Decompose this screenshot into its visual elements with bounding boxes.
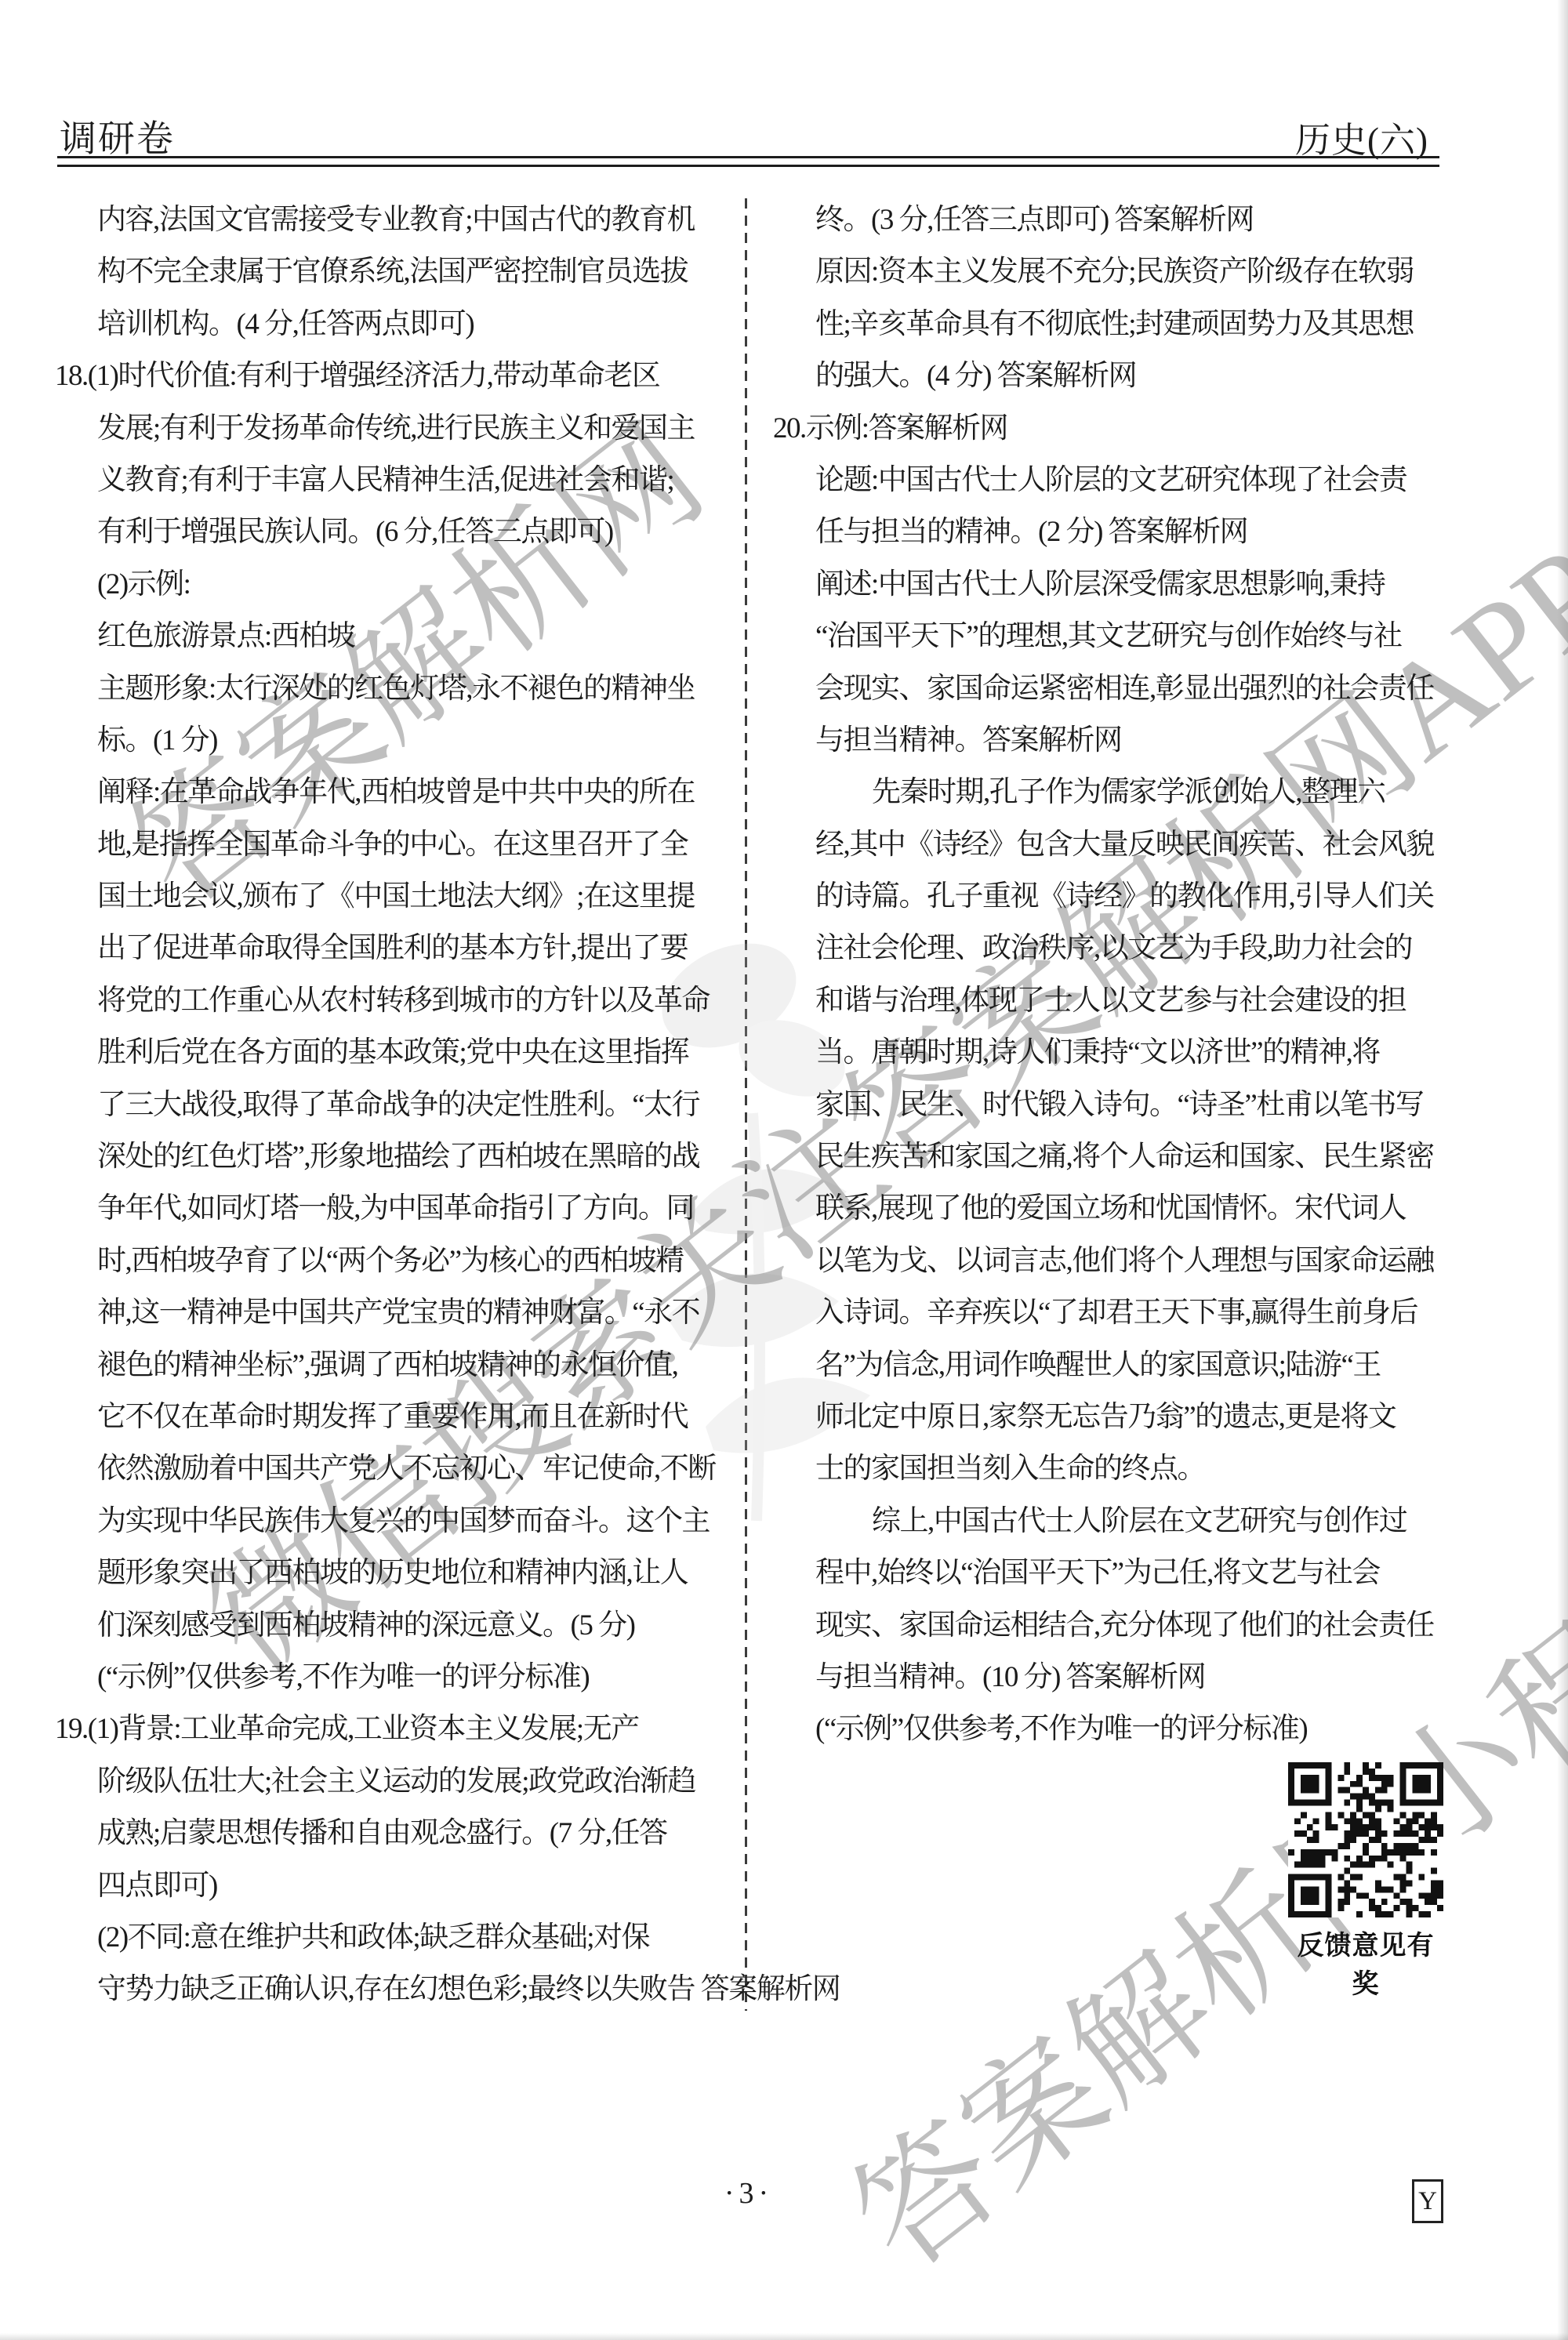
answer-line: 们深刻感受到西柏坡精神的深远意义。(5 分) xyxy=(55,1600,840,1652)
answer-line: 为实现中华民族伟大复兴的中国梦而奋斗。这个主 xyxy=(55,1496,840,1547)
answer-line: 入诗词。辛弃疾以“了却君王天下事,赢得生前身后 xyxy=(773,1287,1434,1339)
answer-line: 任与担当的精神。(2 分) 答案解析网 xyxy=(773,506,1434,558)
header-title-right: 历史(六) xyxy=(1295,111,1428,162)
answer-line: 以笔为戈、以词言志,他们将个人理想与国家命运融 xyxy=(773,1235,1434,1287)
answer-line: 性;辛亥革命具有不彻底性;封建顽固势力及其思想 xyxy=(773,299,1434,350)
answer-line: 论题:中国古代士人阶层的文艺研究体现了社会责 xyxy=(773,455,1434,506)
qr-code xyxy=(1288,1762,1443,1917)
answer-line: 红色旅游景点:西柏坡 xyxy=(55,611,840,662)
answer-line: 标。(1 分) xyxy=(55,715,840,767)
answer-line: 会现实、家国命运紧密相连,彰显出强烈的社会责任 xyxy=(773,663,1434,715)
page-number: ·3· xyxy=(690,2176,808,2211)
answer-line: 守势力缺乏正确认识,存在幻想色彩;最终以失败告 答案解析网 xyxy=(55,1964,840,2015)
scan-edge-bottom xyxy=(0,2333,1568,2340)
answer-line: 将党的工作重心从农村转移到城市的方针以及革命 xyxy=(55,975,840,1027)
right-column: 终。(3 分,任答三点即可) 答案解析网原因:资本主义发展不充分;民族资产阶级存… xyxy=(773,194,1434,1756)
answer-line: 19.(1)背景:工业革命完成,工业资本主义发展;无产 xyxy=(55,1703,840,1755)
answer-line: 经,其中《诗经》包含大量反映民间疾苦、社会风貌 xyxy=(773,819,1434,871)
answer-line: 题形象突出了西柏坡的历史地位和精神内涵,让人 xyxy=(55,1547,840,1599)
answer-line: 综上,中国古代士人阶层在文艺研究与创作过 xyxy=(773,1496,1434,1547)
answer-line: 家国、民生、时代锻入诗句。“诗圣”杜甫以笔书写 xyxy=(773,1079,1434,1131)
answer-line: 当。唐朝时期,诗人们秉持“文以济世”的精神,将 xyxy=(773,1027,1434,1079)
answer-line: 注社会伦理、政治秩序,以文艺为手段,助力社会的 xyxy=(773,923,1434,974)
answer-line: 胜利后党在各方面的基本政策;党中央在这里指挥 xyxy=(55,1027,840,1079)
answer-line: 20.示例:答案解析网 xyxy=(773,403,1434,455)
answer-line: 地,是指挥全国革命斗争的中心。在这里召开了全 xyxy=(55,819,840,871)
answer-line: 时,西柏坡孕育了以“两个务必”为核心的西柏坡精 xyxy=(55,1235,840,1287)
answer-line: 了三大战役,取得了革命战争的决定性胜利。“太行 xyxy=(55,1079,840,1131)
answer-line: 它不仅在革命时期发挥了重要作用,而且在新时代 xyxy=(55,1391,840,1443)
answer-line: 联系,展现了他的爱国立场和忧国情怀。宋代词人 xyxy=(773,1183,1434,1235)
answer-line: 发展;有利于发扬革命传统,进行民族主义和爱国主 xyxy=(55,403,840,455)
answer-line: 民生疾苦和家国之痛,将个人命运和国家、民生紧密 xyxy=(773,1131,1434,1183)
answer-line: 神,这一精神是中国共产党宝贵的精神财富。“永不 xyxy=(55,1287,840,1339)
answer-line: “治国平天下”的理想,其文艺研究与创作始终与社 xyxy=(773,611,1434,662)
corner-mark: Y xyxy=(1412,2179,1443,2223)
answer-line: 现实、家国命运相结合,充分体现了他们的社会责任 xyxy=(773,1600,1434,1652)
qr-caption: 反馈意见有奖 xyxy=(1288,1924,1443,2001)
answer-line: 褪色的精神坐标”,强调了西柏坡精神的永恒价值, xyxy=(55,1340,840,1391)
answer-line: 有利于增强民族认同。(6 分,任答三点即可) xyxy=(55,506,840,558)
answer-line: 师北定中原日,家祭无忘告乃翁”的遗志,更是将文 xyxy=(773,1391,1434,1443)
answer-line: 和谐与治理,体现了士人以文艺参与社会建设的担 xyxy=(773,975,1434,1027)
answer-line: 18.(1)时代价值:有利于增强经济活力,带动革命老区 xyxy=(55,350,840,402)
answer-line: 与担当精神。(10 分) 答案解析网 xyxy=(773,1652,1434,1703)
answer-line: 争年代,如同灯塔一般,为中国革命指引了方向。同 xyxy=(55,1183,840,1235)
answer-line: 主题形象:太行深处的红色灯塔,永不褪色的精神坐 xyxy=(55,663,840,715)
answer-line: 培训机构。(4 分,任答两点即可) xyxy=(55,299,840,350)
qr-block: 反馈意见有奖 xyxy=(1288,1762,1443,2001)
answer-line: 阶级队伍壮大;社会主义运动的发展;政党政治渐趋 xyxy=(55,1756,840,1808)
answer-line: (“示例”仅供参考,不作为唯一的评分标准) xyxy=(55,1652,840,1703)
answer-line: 先秦时期,孔子作为儒家学派创始人,整理六 xyxy=(773,767,1434,818)
answer-line: (“示例”仅供参考,不作为唯一的评分标准) xyxy=(773,1703,1434,1755)
answer-line: 国土地会议,颁布了《中国土地法大纲》;在这里提 xyxy=(55,871,840,923)
answer-line: 义教育;有利于丰富人民精神生活,促进社会和谐; xyxy=(55,455,840,506)
answer-line: 的诗篇。孔子重视《诗经》的教化作用,引导人们关 xyxy=(773,871,1434,923)
answer-line: (2)示例: xyxy=(55,559,840,611)
scan-edge-right xyxy=(1557,0,1568,2340)
answer-line: 出了促进革命取得全国胜利的基本方针,提出了要 xyxy=(55,923,840,974)
answer-line: 阐述:中国古代士人阶层深受儒家思想影响,秉持 xyxy=(773,559,1434,611)
answer-line: 构不完全隶属于官僚系统,法国严密控制官员选拔 xyxy=(55,246,840,298)
scanned-answer-sheet-page: 答案解析网微信搜索关注答案解析网APP答案解析网小程序 调研卷 历史(六) 内容… xyxy=(0,0,1568,2340)
answer-line: 与担当精神。答案解析网 xyxy=(773,715,1434,767)
answer-line: (2)不同:意在维护共和政体;缺乏群众基础;对保 xyxy=(55,1912,840,1964)
answer-line: 阐释:在革命战争年代,西柏坡曾是中共中央的所在 xyxy=(55,767,840,818)
answer-line: 士的家国担当刻入生命的终点。 xyxy=(773,1443,1434,1495)
answer-line: 成熟;启蒙思想传播和自由观念盛行。(7 分,任答 xyxy=(55,1808,840,1859)
answer-line: 内容,法国文官需接受专业教育;中国古代的教育机 xyxy=(55,194,840,246)
header-title-left: 调研卷 xyxy=(60,110,175,162)
answer-line: 原因:资本主义发展不充分;民族资产阶级存在软弱 xyxy=(773,246,1434,298)
answer-line: 深处的红色灯塔”,形象地描绘了西柏坡在黑暗的战 xyxy=(55,1131,840,1183)
header-rule-bottom xyxy=(57,165,1439,167)
answer-line: 依然激励着中国共产党人不忘初心、牢记使命,不断 xyxy=(55,1443,840,1495)
answer-line: 的强大。(4 分) 答案解析网 xyxy=(773,350,1434,402)
answer-line: 名”为信念,用词作唤醒世人的家国意识;陆游“王 xyxy=(773,1340,1434,1391)
answer-line: 终。(3 分,任答三点即可) 答案解析网 xyxy=(773,194,1434,246)
answer-line: 四点即可) xyxy=(55,1860,840,1912)
answer-line: 程中,始终以“治国平天下”为己任,将文艺与社会 xyxy=(773,1547,1434,1599)
header-rule-top xyxy=(57,156,1439,158)
left-column: 内容,法国文官需接受专业教育;中国古代的教育机构不完全隶属于官僚系统,法国严密控… xyxy=(55,194,840,2016)
